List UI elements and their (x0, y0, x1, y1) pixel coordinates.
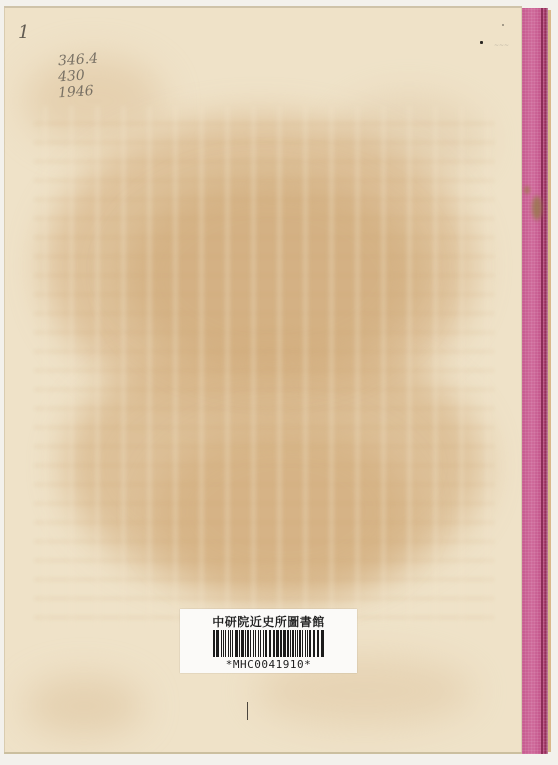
back-cover-page: 1 346.4 430 1946 ~~~ 中研院近史所圖書館 *MHC00419… (4, 6, 522, 754)
ink-dot (480, 41, 483, 44)
spine-fold-line (541, 8, 543, 754)
call-number-line: 1946 (57, 83, 98, 102)
handwritten-corner-mark: 1 (18, 24, 29, 42)
cloth-spine (522, 8, 548, 754)
handwritten-call-number: 346.4 430 1946 (58, 52, 98, 100)
ink-dot (502, 24, 504, 26)
library-barcode-label: 中研院近史所圖書館 *MHC0041910* (180, 609, 357, 673)
scan-canvas: 1 346.4 430 1946 ~~~ 中研院近史所圖書館 *MHC00419… (0, 0, 558, 765)
spine-stain (524, 186, 530, 194)
board-edge (548, 10, 551, 752)
label-barcode-text: *MHC0041910* (180, 658, 357, 671)
stain-texture (34, 106, 494, 626)
page-top-edge (4, 6, 522, 8)
label-institution: 中研院近史所圖書館 (180, 613, 357, 630)
pencil-mark (247, 702, 248, 720)
stain-spot (24, 676, 144, 736)
spine-stain (532, 196, 542, 220)
faint-pencil-mark: ~~~ (494, 42, 509, 49)
page-bottom-edge (4, 752, 522, 754)
barcode-icon (213, 630, 325, 657)
